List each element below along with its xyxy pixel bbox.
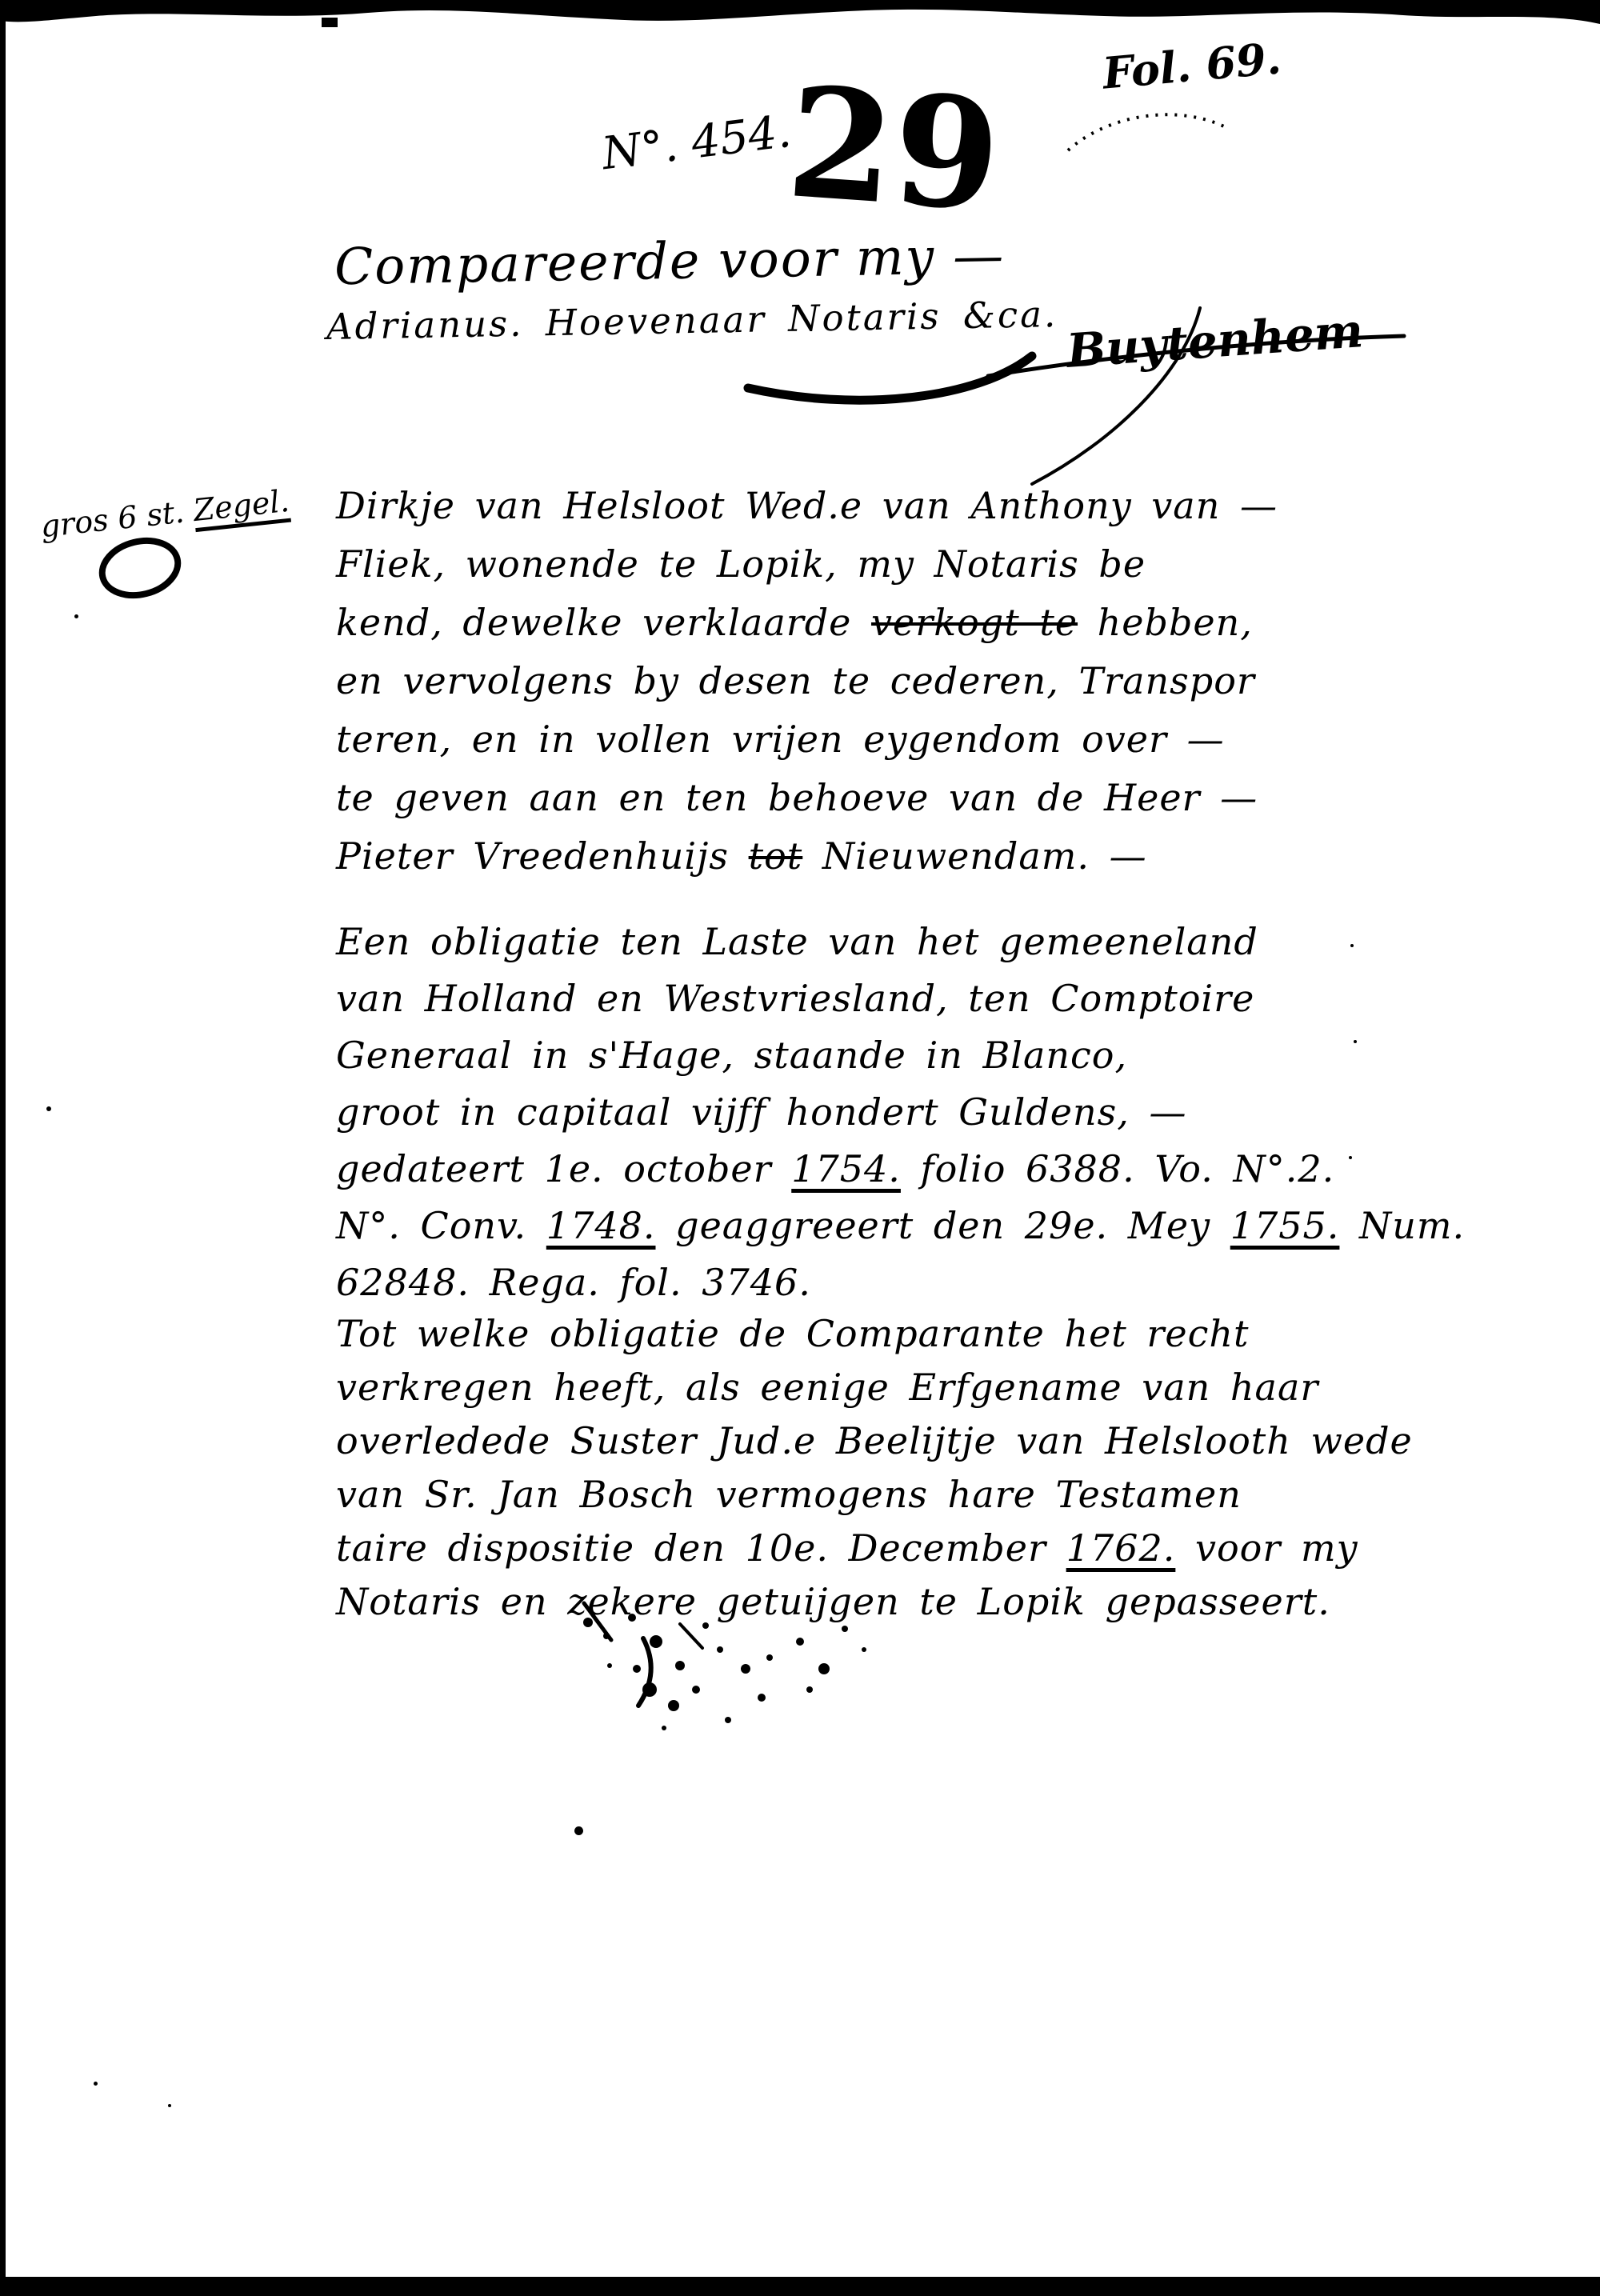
line-text: kend, dewelke verklaarde	[336, 601, 871, 644]
line-text: teren, en in vollen vrijen eygendom over…	[336, 718, 1225, 761]
line-text: Een obligatie ten Laste van het gemeenel…	[336, 920, 1258, 963]
manuscript-line: Generaal in s'Hage, staande in Blanco,	[336, 1034, 1465, 1090]
opening-line: Compareerde voor my —	[334, 226, 1005, 297]
line-text: 62848. Rega. fol. 3746.	[336, 1261, 811, 1304]
scanned-page: Fol. 69. N°. 454. 29 Compareerde voor my…	[0, 0, 1600, 2296]
line-text: te geven aan en ten behoeve van de Heer …	[336, 776, 1258, 819]
paragraph-comparante: Dirkje van Helsloot Wed.e van Anthony va…	[336, 484, 1278, 893]
folio-label: Fol. 69.	[1101, 32, 1283, 98]
margin-flourish-o	[88, 528, 192, 608]
scan-border-left	[0, 0, 6, 2296]
manuscript-line: van Holland en Westvriesland, ten Compto…	[336, 977, 1465, 1034]
line-text: overledede Suster Jud.e Beelijtje van He…	[336, 1419, 1413, 1462]
underlined-date: 1754.	[791, 1147, 901, 1190]
struck-text: tot	[749, 834, 803, 878]
underlined-date: 1762.	[1066, 1526, 1176, 1570]
line-text: verkregen heeft, als eenige Erfgename va…	[336, 1366, 1318, 1409]
scan-speck	[94, 2082, 98, 2086]
ink-smudge	[560, 1592, 904, 1744]
line-text: Generaal in s'Hage, staande in Blanco,	[336, 1034, 1127, 1077]
manuscript-line: Een obligatie ten Laste van het gemeenel…	[336, 920, 1465, 977]
paragraph-erfrecht: Tot welke obligatie de Comparante het re…	[336, 1312, 1413, 1634]
line-text: van Holland en Westvriesland, ten Compto…	[336, 977, 1254, 1020]
line-text: en vervolgens by desen te cederen, Trans…	[336, 659, 1255, 702]
line-text: folio 6388. Vo. N°.2.	[901, 1147, 1334, 1190]
scan-speck	[1354, 1040, 1357, 1043]
act-number: N°. 454.	[599, 106, 794, 180]
manuscript-line: 62848. Rega. fol. 3746.	[336, 1261, 1465, 1318]
underlined-date: 1755.	[1230, 1204, 1340, 1247]
line-text: Dirkje van Helsloot Wed.e van Anthony va…	[336, 484, 1278, 527]
scan-speck	[74, 614, 78, 618]
manuscript-line: taire dispositie den 10e. December 1762.…	[336, 1526, 1413, 1580]
margin-note-zegel: Zegel.	[192, 483, 291, 528]
manuscript-line: verkregen heeft, als eenige Erfgename va…	[336, 1366, 1413, 1419]
manuscript-line: Pieter Vreedenhuijs tot Nieuwendam. —	[336, 834, 1278, 893]
manuscript-line: gedateert 1e. october 1754. folio 6388. …	[336, 1147, 1465, 1204]
manuscript-line: Dirkje van Helsloot Wed.e van Anthony va…	[336, 484, 1278, 542]
scan-speck	[168, 2104, 171, 2107]
line-text: taire dispositie den 10e. December	[336, 1526, 1066, 1570]
scan-speck	[46, 1106, 51, 1111]
scan-speck	[574, 1826, 583, 1835]
manuscript-line: Tot welke obligatie de Comparante het re…	[336, 1312, 1413, 1366]
line-text: Pieter Vreedenhuijs	[336, 834, 749, 878]
manuscript-line: van Sr. Jan Bosch vermogens hare Testame…	[336, 1473, 1413, 1526]
page-number: 29	[783, 66, 1005, 233]
manuscript-line: kend, dewelke verklaarde verkogt te hebb…	[336, 601, 1278, 659]
manuscript-line: en vervolgens by desen te cederen, Trans…	[336, 659, 1278, 718]
line-text: voor my	[1175, 1526, 1358, 1570]
scan-border-bottom	[0, 2277, 1600, 2296]
line-text: Nieuwendam. —	[802, 834, 1146, 878]
line-text: N°. Conv.	[336, 1204, 546, 1247]
manuscript-line: te geven aan en ten behoeve van de Heer …	[336, 776, 1278, 834]
line-text: van Sr. Jan Bosch vermogens hare Testame…	[336, 1473, 1242, 1516]
line-text: geaggreeert den 29e. Mey	[656, 1204, 1230, 1247]
scan-speck	[1349, 1156, 1352, 1159]
manuscript-line: overledede Suster Jud.e Beelijtje van He…	[336, 1419, 1413, 1473]
line-text: Tot welke obligatie de Comparante het re…	[336, 1312, 1250, 1355]
paragraph-obligatie: Een obligatie ten Laste van het gemeenel…	[336, 920, 1465, 1318]
manuscript-line: groot in capitaal vijff hondert Guldens,…	[336, 1090, 1465, 1147]
scan-border-top	[0, 0, 1600, 32]
manuscript-line: Fliek, wonende te Lopik, my Notaris be	[336, 542, 1278, 601]
scan-speck	[1350, 944, 1354, 947]
stamp-arc	[1064, 94, 1232, 166]
line-text: groot in capitaal vijff hondert Guldens,…	[336, 1090, 1186, 1134]
line-text: gedateert 1e. october	[336, 1147, 791, 1190]
manuscript-line: teren, en in vollen vrijen eygendom over…	[336, 718, 1278, 776]
line-text: hebben,	[1078, 601, 1253, 644]
underlined-date: 1748.	[546, 1204, 656, 1247]
notary-line: Adrianus. Hoevenaar Notaris &ca.	[326, 293, 1058, 348]
struck-text: verkogt te	[871, 601, 1078, 644]
line-text: Num.	[1339, 1204, 1465, 1247]
signature-flourish	[980, 304, 1412, 488]
manuscript-line: N°. Conv. 1748. geaggreeert den 29e. Mey…	[336, 1204, 1465, 1261]
line-text: Fliek, wonende te Lopik, my Notaris be	[336, 542, 1146, 586]
